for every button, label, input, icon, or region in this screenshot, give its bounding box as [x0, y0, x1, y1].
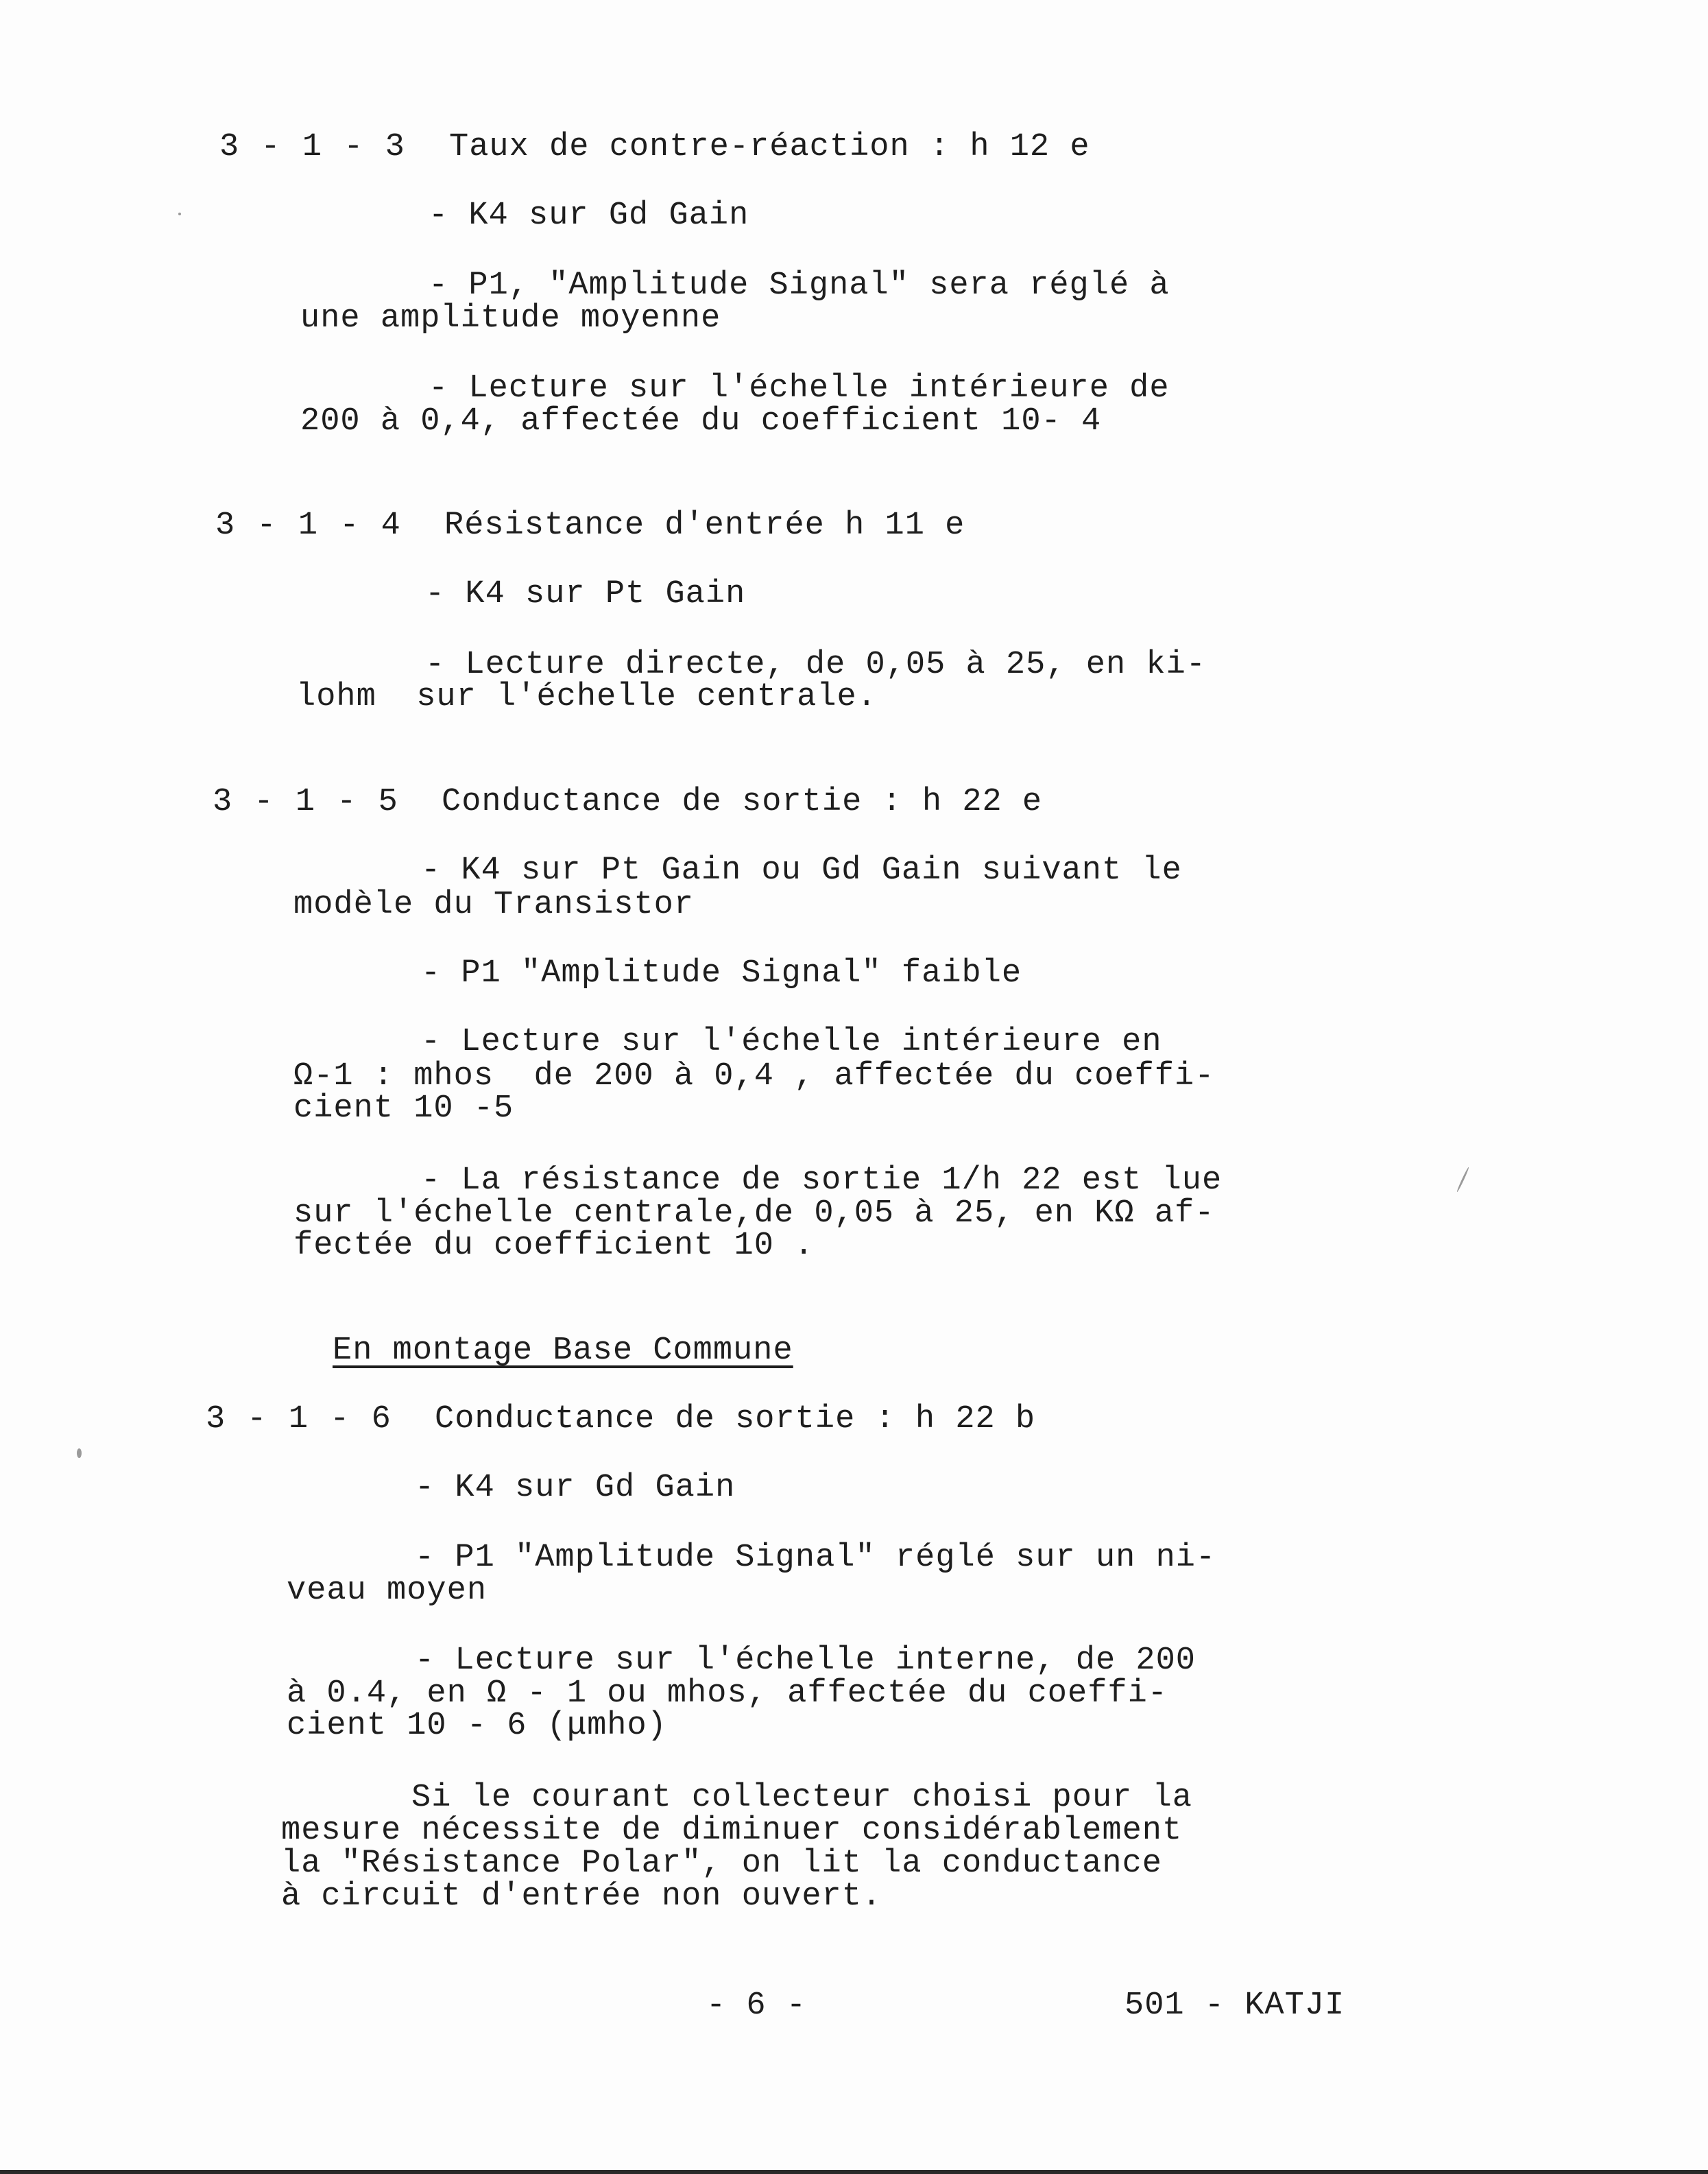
section-title-3-1-3: Taux de contre-réaction : h 12 e	[449, 130, 1090, 165]
item-line: - P1 "Amplitude Signal" faible	[421, 957, 1022, 991]
item-line: - Lecture sur l'échelle interne, de 200	[415, 1644, 1196, 1678]
item-line: Ω-1 : mhos de 200 à 0,4 , affectée du co…	[293, 1060, 1214, 1094]
section-number-3-1-4: 3 - 1 - 4	[215, 509, 402, 543]
item-line: - P1 "Amplitude Signal" réglé sur un ni-	[415, 1541, 1216, 1575]
item-line: modèle du Transistor	[293, 888, 694, 922]
item-line: - Lecture sur l'échelle intérieure en	[421, 1025, 1162, 1060]
item-line: à 0.4, en Ω - 1 ou mhos, affectée du coe…	[287, 1677, 1168, 1711]
item-line: cient 10 - 6 (μmho)	[287, 1709, 667, 1743]
item-line: sur l'échelle centrale,de 0,05 à 25, en …	[293, 1197, 1214, 1231]
item-line: une amplitude moyenne	[300, 302, 721, 336]
scan-speck	[77, 1448, 82, 1458]
paragraph-line: la "Résistance Polar", on lit la conduct…	[281, 1847, 1162, 1881]
scan-mark	[1456, 1167, 1470, 1193]
section-number-3-1-6: 3 - 1 - 6	[206, 1402, 392, 1437]
item-line: cient 10 -5	[293, 1092, 514, 1126]
item-line: - K4 sur Pt Gain	[425, 577, 745, 612]
page-number: - 6 -	[706, 1989, 806, 2023]
subheading-base-commune: En montage Base Commune	[333, 1334, 793, 1368]
section-number-3-1-5: 3 - 1 - 5	[213, 785, 399, 820]
paragraph-line: à circuit d'entrée non ouvert.	[281, 1880, 882, 1914]
item-line: - K4 sur Gd Gain	[429, 199, 749, 233]
document-page: 3 - 1 - 3 Taux de contre-réaction : h 12…	[0, 0, 1708, 2174]
scan-speck	[178, 213, 181, 215]
page-bottom-edge	[0, 2170, 1708, 2174]
section-number-3-1-3: 3 - 1 - 3	[219, 130, 406, 165]
item-line: - Lecture sur l'échelle intérieure de	[429, 372, 1170, 406]
item-line: veau moyen	[287, 1574, 487, 1608]
section-title-3-1-5: Conductance de sortie : h 22 e	[442, 785, 1042, 820]
document-reference: 501 - KATJI	[1124, 1989, 1345, 2023]
item-line: fectée du coefficient 10 .	[293, 1229, 814, 1263]
paragraph-line: mesure nécessite de diminuer considérabl…	[281, 1814, 1182, 1848]
item-line: lohm sur l'échelle centrale.	[296, 680, 877, 715]
item-line: - Lecture directe, de 0,05 à 25, en ki-	[425, 648, 1206, 682]
paragraph-line: Si le courant collecteur choisi pour la	[411, 1781, 1192, 1815]
item-line: - La résistance de sortie 1/h 22 est lue	[421, 1164, 1222, 1198]
section-title-3-1-4: Résistance d'entrée h 11 e	[444, 509, 965, 543]
section-title-3-1-6: Conductance de sortie : h 22 b	[435, 1402, 1035, 1437]
item-line: - P1, "Amplitude Signal" sera réglé à	[429, 269, 1170, 303]
item-line: - K4 sur Gd Gain	[415, 1471, 735, 1505]
item-line: - K4 sur Pt Gain ou Gd Gain suivant le	[421, 854, 1182, 888]
item-line: 200 à 0,4, affectée du coefficient 10- 4	[300, 405, 1101, 439]
